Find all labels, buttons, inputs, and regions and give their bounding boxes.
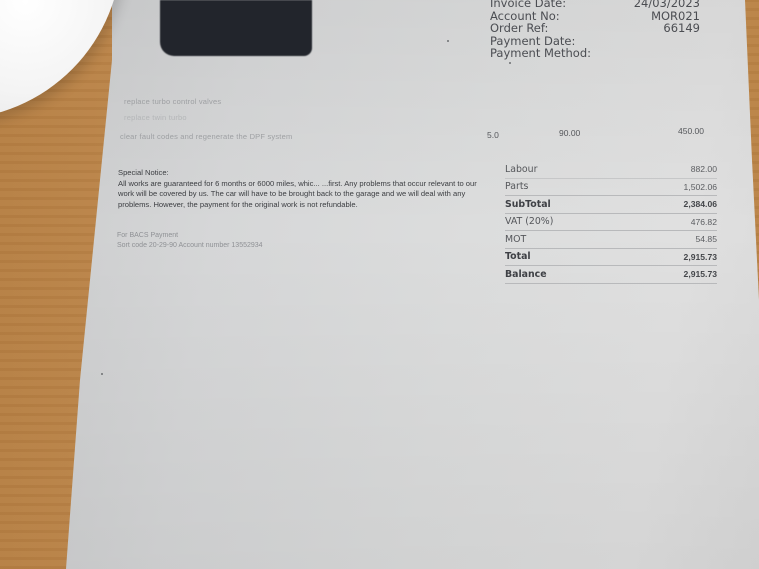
totals-label: SubTotal xyxy=(505,199,551,210)
totals-row-labour: Labour882.00 xyxy=(505,161,717,179)
order-ref-value: 66149 xyxy=(663,22,700,35)
totals-row-total: Total2,915.73 xyxy=(505,249,717,267)
totals-row-vat-20: VAT (20%)476.82 xyxy=(505,214,717,232)
totals-label: Parts xyxy=(505,181,528,192)
totals-value: 2,384.06 xyxy=(684,199,717,209)
payment-method-label: Payment Method: xyxy=(490,47,591,60)
totals-row-subtotal: SubTotal2,384.06 xyxy=(505,196,717,214)
bacs-title: For BACS Payment xyxy=(117,231,263,241)
line-item-description: replace twin turbo xyxy=(124,113,187,122)
ink-speck xyxy=(509,62,511,64)
line-item-amount: 450.00 xyxy=(678,126,704,136)
payment-method-row: Payment Method: xyxy=(490,47,700,60)
totals-value: 882.00 xyxy=(691,164,717,174)
special-notice-title: Special Notice: xyxy=(118,168,478,179)
totals-value: 1,502.06 xyxy=(684,182,717,192)
totals-value: 2,915.73 xyxy=(684,269,717,279)
special-notice: Special Notice: All works are guaranteed… xyxy=(118,168,478,210)
totals-row-balance: Balance2,915.73 xyxy=(505,266,717,284)
line-item-unit-price: 90.00 xyxy=(559,128,580,138)
paper-shading xyxy=(0,0,759,569)
invoice-meta: Invoice Date: 24/03/2023 Account No: MOR… xyxy=(490,0,700,60)
totals-label: Balance xyxy=(505,269,547,280)
totals-row-mot: MOT54.85 xyxy=(505,231,717,249)
totals-label: Total xyxy=(505,251,531,262)
totals-value: 54.85 xyxy=(695,234,717,244)
totals-table: Labour882.00Parts1,502.06SubTotal2,384.0… xyxy=(505,161,717,284)
ink-speck xyxy=(447,40,449,42)
ink-speck xyxy=(101,373,103,375)
line-item-description: clear fault codes and regenerate the DPF… xyxy=(120,132,292,141)
order-ref-label: Order Ref: xyxy=(490,22,548,35)
redacted-company-header xyxy=(160,0,312,56)
bacs-details: Sort code 20-29-90 Account number 135529… xyxy=(117,241,263,251)
bacs-payment-info: For BACS Payment Sort code 20-29-90 Acco… xyxy=(117,231,263,250)
totals-value: 2,915.73 xyxy=(684,252,717,262)
totals-label: Labour xyxy=(505,164,537,175)
line-item-qty: 5.0 xyxy=(487,130,499,140)
special-notice-body: All works are guaranteed for 6 months or… xyxy=(118,179,478,211)
totals-label: VAT (20%) xyxy=(505,216,553,227)
totals-value: 476.82 xyxy=(691,217,717,227)
line-item-description: replace turbo control valves xyxy=(124,97,221,106)
totals-label: MOT xyxy=(505,234,526,245)
totals-row-parts: Parts1,502.06 xyxy=(505,179,717,197)
order-ref-row: Order Ref: 66149 xyxy=(490,22,700,35)
